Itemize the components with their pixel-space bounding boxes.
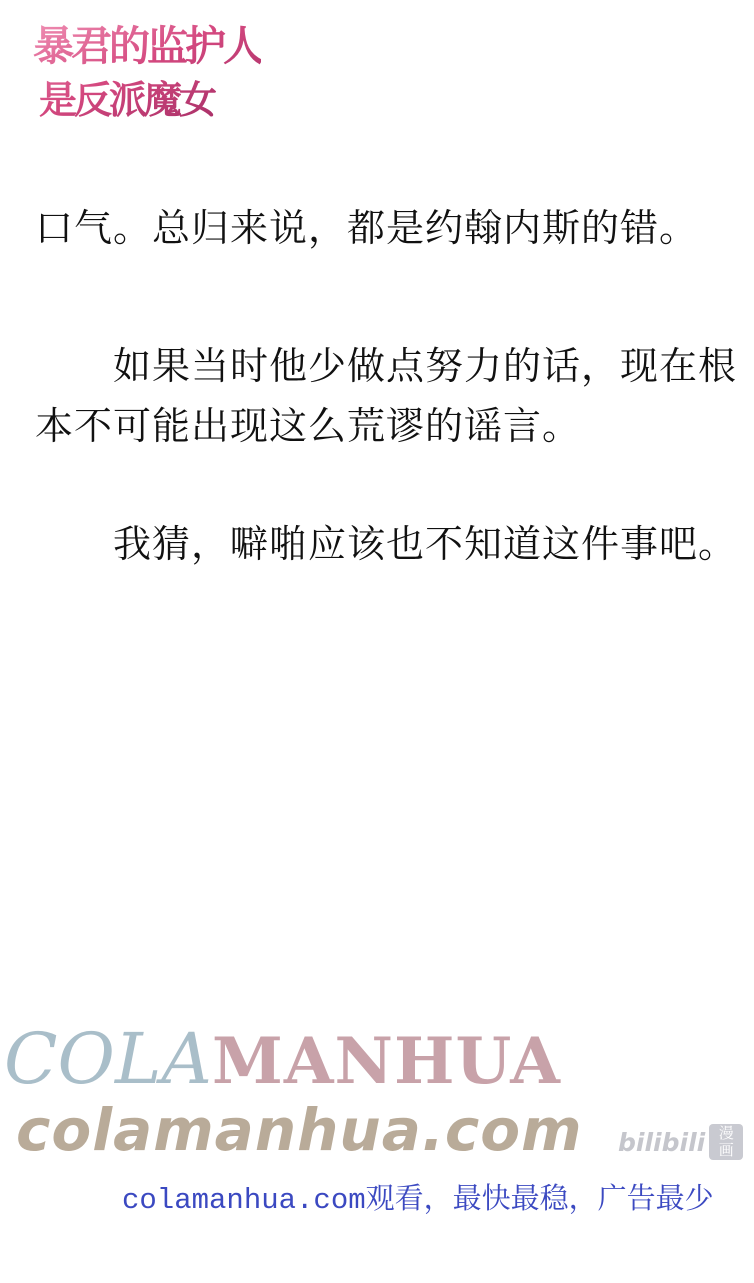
brand-logo-manhua: MANHUA [212,1024,561,1099]
text-line: 口气。总归来说，都是约翰内斯的错。 [35,198,735,258]
bilibili-manga-badge: 漫 画 [709,1124,743,1160]
text-line: 本不可能出现这么荒谬的谣言。 [35,396,735,456]
bilibili-logo-text: bilibili [618,1128,705,1157]
bilibili-badge-char-2: 画 [709,1142,743,1159]
comic-page: 暴君的监护人 是反派魔女 口气。总归来说，都是约翰内斯的错。 如果当时他少做点努… [0,0,754,1283]
site-url-watermark: colamanhua.com [16,1096,583,1164]
colamanhua-brand-logo: COLAMANHUA [4,1018,561,1100]
text-line: 我猜，噼啪应该也不知道这件事吧。 [35,514,735,574]
series-title-line-1: 暴君的监护人 [33,20,261,73]
series-title-line-2: 是反派魔女 [33,73,261,126]
brand-logo-cola: COLA [4,1018,212,1100]
bilibili-manga-logo: bilibili 漫 画 [618,1124,743,1160]
promo-text: colamanhua.com观看，最快最稳，广告最少 [122,1176,714,1217]
series-title-logo: 暴君的监护人 是反派魔女 [33,20,261,126]
narration-paragraph-1: 口气。总归来说，都是约翰内斯的错。 [35,198,735,258]
narration-paragraph-3: 我猜，噼啪应该也不知道这件事吧。 [35,514,735,574]
narration-paragraph-2: 如果当时他少做点努力的话，现在根 本不可能出现这么荒谬的谣言。 [35,336,735,456]
text-line: 如果当时他少做点努力的话，现在根 [35,336,735,396]
bilibili-badge-char-1: 漫 [709,1125,743,1142]
